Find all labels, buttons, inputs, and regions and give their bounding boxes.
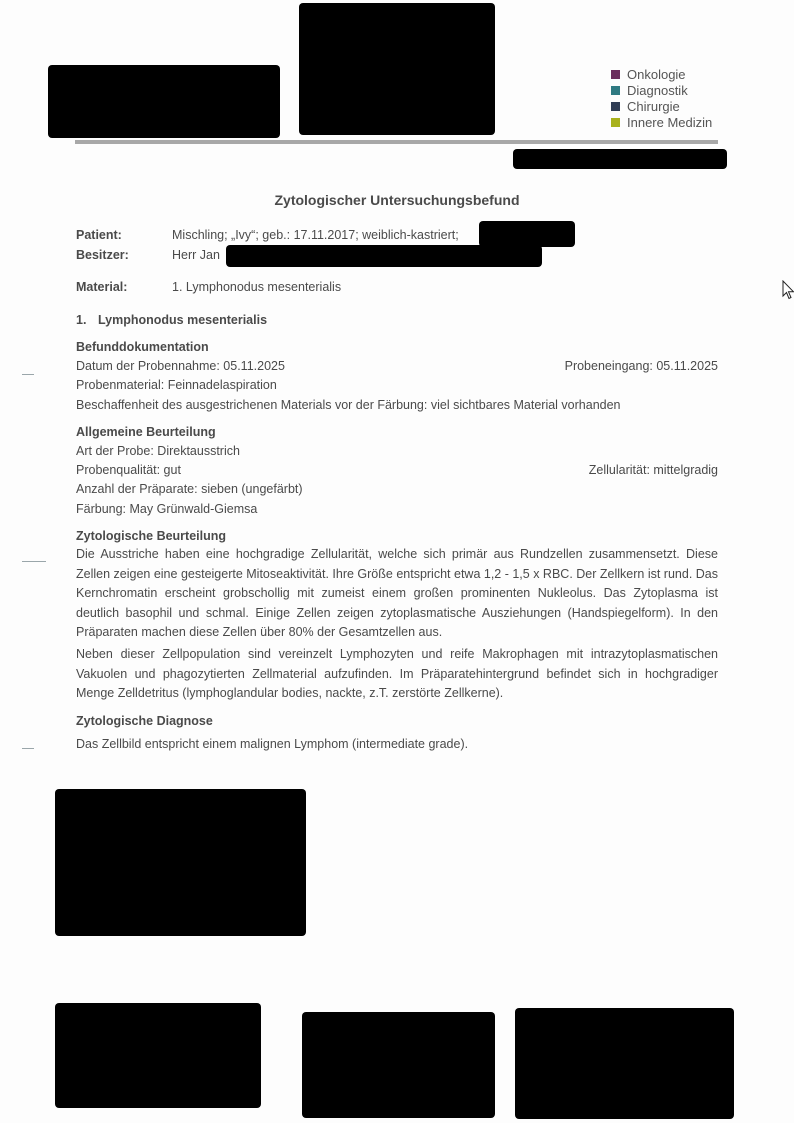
punch-mark xyxy=(22,561,46,562)
allgemein-heading: Allgemeine Beurteilung xyxy=(76,425,216,439)
legend-swatch xyxy=(611,118,620,127)
material-value: 1. Lymphonodus mesenterialis xyxy=(172,280,341,294)
redacted-owner xyxy=(226,245,542,267)
diagnose-heading: Zytologische Diagnose xyxy=(76,714,213,728)
cellularity: Zellularität: mittelgradig xyxy=(589,463,718,477)
legend-label: Chirurgie xyxy=(627,99,680,114)
redacted-address xyxy=(513,149,727,169)
sample-type: Art der Probe: Direktausstrich xyxy=(76,444,240,458)
legend-item-innere-medizin: Innere Medizin xyxy=(611,114,712,130)
legend-swatch xyxy=(611,86,620,95)
fold-mark xyxy=(22,748,34,749)
legend-item-diagnostik: Diagnostik xyxy=(611,82,712,98)
redacted-footer-center xyxy=(302,1012,495,1118)
fold-mark xyxy=(22,374,34,375)
zytologie-paragraph-2: Neben dieser Zellpopulation sind vereinz… xyxy=(76,645,718,704)
diagnose-text: Das Zellbild entspricht einem malignen L… xyxy=(76,737,468,751)
legend-item-onkologie: Onkologie xyxy=(611,66,712,82)
redacted-patient-id xyxy=(479,221,575,247)
redacted-logo-center xyxy=(299,3,495,135)
material-label: Material: xyxy=(76,280,127,294)
legend-label: Onkologie xyxy=(627,67,686,82)
legend-label: Innere Medizin xyxy=(627,115,712,130)
sample-quality: Probenqualität: gut xyxy=(76,463,181,477)
preparation-count: Anzahl der Präparate: sieben (ungefärbt) xyxy=(76,482,303,496)
patient-value: Mischling; „Ivy“; geb.: 17.11.2017; weib… xyxy=(172,228,459,242)
sampling-date: Datum der Probennahme: 05.11.2025 xyxy=(76,359,285,373)
department-legend: Onkologie Diagnostik Chirurgie Innere Me… xyxy=(611,66,712,130)
zytologie-heading: Zytologische Beurteilung xyxy=(76,529,226,543)
redacted-signature xyxy=(55,789,306,936)
material-condition: Beschaffenheit des ausgestrichenen Mater… xyxy=(76,398,621,412)
patient-label: Patient: xyxy=(76,228,122,242)
befund-heading: Befunddokumentation xyxy=(76,340,209,354)
mouse-cursor-icon xyxy=(782,280,794,300)
redacted-footer-left xyxy=(55,1003,261,1108)
zytologie-paragraph-1: Die Ausstriche haben eine hochgradige Ze… xyxy=(76,545,718,643)
receipt-date: Probeneingang: 05.11.2025 xyxy=(565,359,718,373)
redacted-footer-right xyxy=(515,1008,734,1119)
legend-label: Diagnostik xyxy=(627,83,688,98)
header-divider xyxy=(75,140,718,144)
redacted-logo xyxy=(48,65,280,138)
owner-label: Besitzer: xyxy=(76,248,129,262)
sample-material: Probenmaterial: Feinnadelaspiration xyxy=(76,378,277,392)
section-title: Lymphonodus mesenterialis xyxy=(98,313,267,327)
staining: Färbung: May Grünwald-Giemsa xyxy=(76,502,257,516)
legend-item-chirurgie: Chirurgie xyxy=(611,98,712,114)
document-title: Zytologischer Untersuchungsbefund xyxy=(0,192,794,208)
legend-swatch xyxy=(611,102,620,111)
legend-swatch xyxy=(611,70,620,79)
section-number: 1. xyxy=(76,313,86,327)
owner-value: Herr Jan xyxy=(172,248,220,262)
